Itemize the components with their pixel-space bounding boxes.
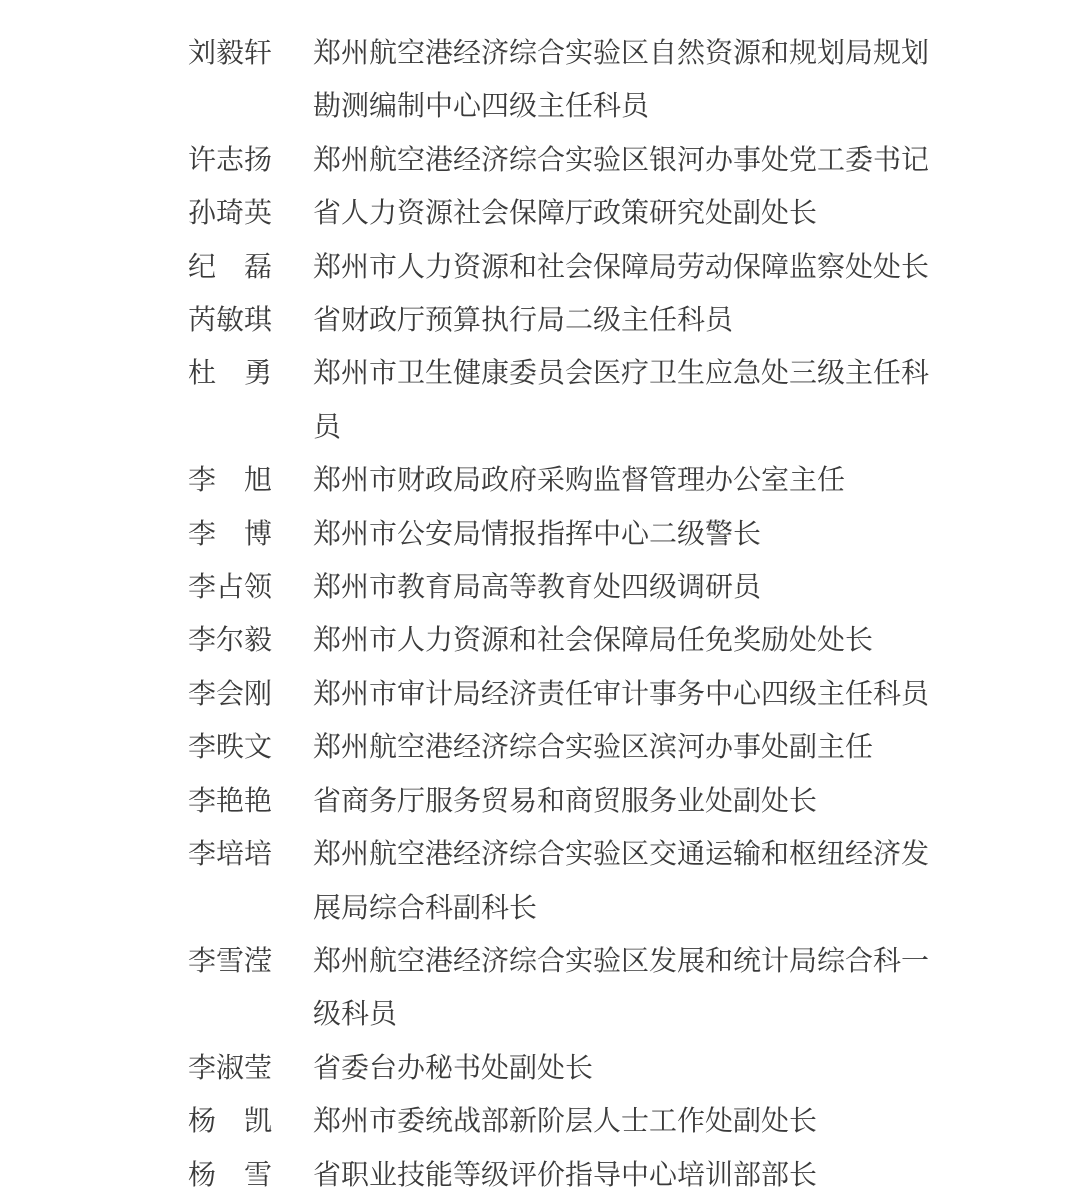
person-name: 孙琦英 bbox=[188, 187, 272, 240]
person-title: 郑州航空港经济综合实验区银河办事处党工委书记 bbox=[313, 134, 933, 187]
person-name: 李昳文 bbox=[188, 721, 272, 774]
person-name: 李雪滢 bbox=[188, 935, 272, 988]
roster-row: 杨 凯 郑州市委统战部新阶层人士工作处副处长 bbox=[188, 1095, 1080, 1148]
person-name: 李淑莹 bbox=[188, 1042, 272, 1095]
roster-row: 李艳艳 省商务厅服务贸易和商贸服务业处副处长 bbox=[188, 775, 1080, 828]
person-title: 郑州市审计局经济责任审计事务中心四级主任科员 bbox=[313, 668, 933, 721]
roster-row: 纪 磊 郑州市人力资源和社会保障局劳动保障监察处处长 bbox=[188, 241, 1080, 294]
roster-row: 李淑莹 省委台办秘书处副处长 bbox=[188, 1042, 1080, 1095]
person-title: 郑州市人力资源和社会保障局劳动保障监察处处长 bbox=[313, 241, 933, 294]
roster-row: 许志扬 郑州航空港经济综合实验区银河办事处党工委书记 bbox=[188, 134, 1080, 187]
person-title: 郑州市教育局高等教育处四级调研员 bbox=[313, 561, 933, 614]
person-title: 省商务厅服务贸易和商贸服务业处副处长 bbox=[313, 775, 933, 828]
person-name: 杜 勇 bbox=[188, 347, 272, 400]
person-name: 许志扬 bbox=[188, 134, 272, 187]
roster-row: 杜 勇 郑州市卫生健康委员会医疗卫生应急处三级主任科员 bbox=[188, 347, 1080, 454]
roster-row: 李会刚 郑州市审计局经济责任审计事务中心四级主任科员 bbox=[188, 668, 1080, 721]
person-title: 郑州市卫生健康委员会医疗卫生应急处三级主任科员 bbox=[313, 347, 933, 454]
roster-row: 孙琦英 省人力资源社会保障厅政策研究处副处长 bbox=[188, 187, 1080, 240]
person-title: 郑州航空港经济综合实验区滨河办事处副主任 bbox=[313, 721, 933, 774]
roster-row: 李占领 郑州市教育局高等教育处四级调研员 bbox=[188, 561, 1080, 614]
person-title: 省人力资源社会保障厅政策研究处副处长 bbox=[313, 187, 933, 240]
roster-row: 李 博 郑州市公安局情报指挥中心二级警长 bbox=[188, 508, 1080, 561]
roster-row: 刘毅轩 郑州航空港经济综合实验区自然资源和规划局规划勘测编制中心四级主任科员 bbox=[188, 27, 1080, 134]
roster-row: 李培培 郑州航空港经济综合实验区交通运输和枢纽经济发展局综合科副科长 bbox=[188, 828, 1080, 935]
person-name: 纪 磊 bbox=[188, 241, 272, 294]
person-name: 刘毅轩 bbox=[188, 27, 272, 80]
person-name: 李尔毅 bbox=[188, 614, 272, 667]
person-title: 郑州航空港经济综合实验区交通运输和枢纽经济发展局综合科副科长 bbox=[313, 828, 933, 935]
person-name: 李 博 bbox=[188, 508, 272, 561]
roster-row: 杨 雪 省职业技能等级评价指导中心培训部部长 bbox=[188, 1149, 1080, 1194]
person-name: 芮敏琪 bbox=[188, 294, 272, 347]
roster-list: 刘毅轩 郑州航空港经济综合实验区自然资源和规划局规划勘测编制中心四级主任科员 许… bbox=[188, 27, 1080, 1194]
person-title: 省委台办秘书处副处长 bbox=[313, 1042, 933, 1095]
person-name: 李培培 bbox=[188, 828, 272, 881]
person-title: 郑州市委统战部新阶层人士工作处副处长 bbox=[313, 1095, 933, 1148]
person-title: 郑州航空港经济综合实验区发展和统计局综合科一级科员 bbox=[313, 935, 933, 1042]
roster-row: 芮敏琪 省财政厅预算执行局二级主任科员 bbox=[188, 294, 1080, 347]
person-name: 杨 雪 bbox=[188, 1149, 272, 1194]
person-name: 李艳艳 bbox=[188, 775, 272, 828]
person-title: 省职业技能等级评价指导中心培训部部长 bbox=[313, 1149, 933, 1194]
person-name: 李 旭 bbox=[188, 454, 272, 507]
person-title: 郑州市财政局政府采购监督管理办公室主任 bbox=[313, 454, 933, 507]
person-title: 省财政厅预算执行局二级主任科员 bbox=[313, 294, 933, 347]
person-name: 杨 凯 bbox=[188, 1095, 272, 1148]
roster-row: 李 旭 郑州市财政局政府采购监督管理办公室主任 bbox=[188, 454, 1080, 507]
roster-row: 李尔毅 郑州市人力资源和社会保障局任免奖励处处长 bbox=[188, 614, 1080, 667]
person-name: 李占领 bbox=[188, 561, 272, 614]
roster-row: 李昳文 郑州航空港经济综合实验区滨河办事处副主任 bbox=[188, 721, 1080, 774]
person-title: 郑州市人力资源和社会保障局任免奖励处处长 bbox=[313, 614, 933, 667]
person-name: 李会刚 bbox=[188, 668, 272, 721]
person-title: 郑州航空港经济综合实验区自然资源和规划局规划勘测编制中心四级主任科员 bbox=[313, 27, 933, 134]
document-page: 刘毅轩 郑州航空港经济综合实验区自然资源和规划局规划勘测编制中心四级主任科员 许… bbox=[0, 0, 1080, 1194]
roster-row: 李雪滢 郑州航空港经济综合实验区发展和统计局综合科一级科员 bbox=[188, 935, 1080, 1042]
person-title: 郑州市公安局情报指挥中心二级警长 bbox=[313, 508, 933, 561]
